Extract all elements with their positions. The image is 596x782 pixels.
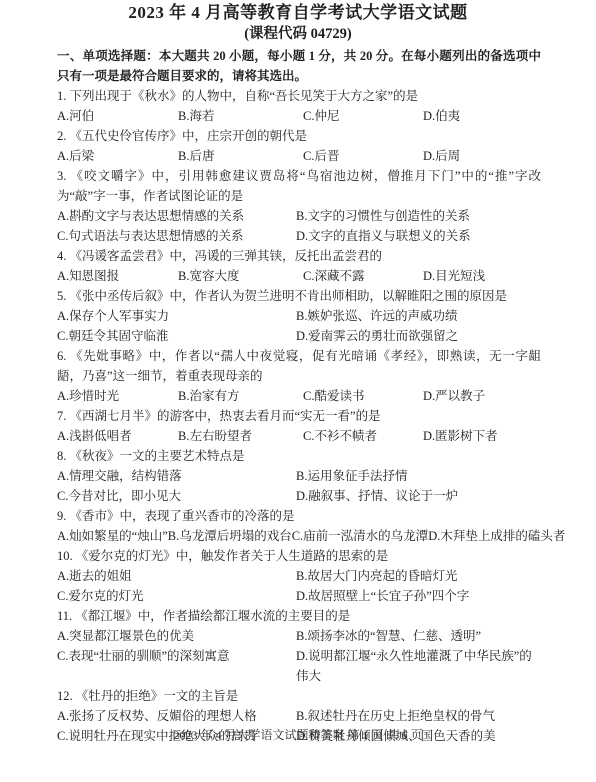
question-9: 9. 《香市》中，表现了重兴香市的冷落的是 A.灿如繁星的“烛山” B.乌龙潭后… (57, 506, 541, 546)
option-c: C.仲尼 (303, 106, 423, 126)
option-c: C.庙前一泓清水的乌龙潭 (292, 526, 428, 546)
option-a: A.后梁 (57, 146, 178, 166)
option-b: B.嫉妒张巡、许远的声威功绩 (296, 306, 541, 326)
option-d: D.木拜垫上成排的磕头者 (428, 526, 565, 546)
option-d: D.目光短浅 (423, 266, 541, 286)
option-c: C.爱尔克的灯光 (57, 586, 296, 606)
question-7: 7. 《西湖七月半》的游客中，热衷去看月而“实无一看”的是 A.浅斟低唱者 B.… (57, 406, 541, 446)
question-4: 4. 《冯谖客孟尝君》中，冯谖的三弹其铗，反托出孟尝君的 A.知恩图报 B.宽容… (57, 246, 541, 286)
option-a: A.灿如繁星的“烛山” (57, 526, 168, 546)
options-grid: A.情理交融，结构错落 B.运用象征手法抒情 C.今昔对比，即小见大 D.融叙事… (57, 466, 541, 506)
options-grid: A.斟酌文字与表达思想情感的关系 B.文字的习惯性与创造性的关系 C.句式语法与… (57, 206, 541, 246)
option-a: A.浅斟低唱者 (57, 426, 178, 446)
question-stem: 11. 《都江堰》中，作者描绘都江堰水流的主要目的是 (57, 606, 541, 626)
course-code-subtitle: (课程代码 04729) (0, 24, 596, 45)
option-b: B.运用象征手法抒情 (296, 466, 541, 486)
option-a: A.逝去的姐姐 (57, 566, 296, 586)
question-8: 8. 《秋夜》一文的主要艺术特点是 A.情理交融，结构错落 B.运用象征手法抒情… (57, 446, 541, 506)
question-stem: 4. 《冯谖客孟尝君》中，冯谖的三弹其铗，反托出孟尝君的 (57, 246, 541, 266)
options-row: A.知恩图报 B.宽容大度 C.深藏不露 D.目光短浅 (57, 266, 541, 286)
option-a: A.保存个人军事实力 (57, 306, 296, 326)
options-row: A.珍惜时光 B.治家有方 C.酷爱读书 D.严以教子 (57, 386, 541, 406)
question-5: 5. 《张中丞传后叙》中，作者认为贺兰进明不肯出师相助，以解睢阳之围的原因是 A… (57, 286, 541, 346)
option-b: B.宽容大度 (178, 266, 303, 286)
option-b: B.乌龙潭后坍塌的戏台 (168, 526, 292, 546)
question-stem: 5. 《张中丞传后叙》中，作者认为贺兰进明不肯出师相助，以解睢阳之围的原因是 (57, 286, 541, 306)
question-10: 10. 《爱尔克的灯光》中，触发作者关于人生道路的思索的是 A.逝去的姐姐 B.… (57, 546, 541, 606)
option-c: C.不衫不帻者 (303, 426, 423, 446)
options-grid: A.突显都江堰景色的优美 B.颂扬李冰的“智慧、仁慈、透明” C.表现“壮丽的驯… (57, 626, 541, 686)
option-b: B.治家有方 (178, 386, 303, 406)
option-b: B.文字的习惯性与创造性的关系 (296, 206, 541, 226)
option-d: D.严以教子 (423, 386, 541, 406)
options-row: A.河伯 B.海若 C.仲尼 D.伯夷 (57, 106, 541, 126)
options-grid: A.保存个人军事实力 B.嫉妒张巡、许远的声威功绩 C.朝廷令其固守临淮 D.爱… (57, 306, 541, 346)
question-stem: 12. 《牡丹的拒绝》一文的主旨是 (57, 686, 541, 706)
option-b: B.颂扬李冰的“智慧、仁慈、透明” (296, 626, 541, 646)
option-c: C.句式语法与表达思想情感的关系 (57, 226, 296, 246)
page-footer: 2023 年 4 月大学语文试题和答案 第 1 页 共 6 页 (0, 725, 596, 745)
question-stem: 8. 《秋夜》一文的主要艺术特点是 (57, 446, 541, 466)
page-title: 2023 年 4 月高等教育自学考试大学语文试题 (0, 0, 596, 24)
question-stem: 2. 《五代史伶官传序》中，庄宗开创的朝代是 (57, 126, 541, 146)
options-grid: A.逝去的姐姐 B.故居大门内亮起的昏暗灯光 C.爱尔克的灯光 D.故居照壁上“… (57, 566, 541, 606)
exam-paper-page: 2023 年 4 月高等教育自学考试大学语文试题 (课程代码 04729) 一、… (0, 0, 596, 782)
option-d: D.融叙事、抒情、议论于一炉 (296, 486, 541, 506)
option-a: A.斟酌文字与表达思想情感的关系 (57, 206, 296, 226)
option-a: A.张扬了反权势、反媚俗的理想人格 (57, 706, 296, 726)
option-d: D.爱南霁云的勇壮而欲强留之 (296, 326, 541, 346)
question-3: 3. 《咬文嚼字》中，引用韩愈建议贾岛将“鸟宿池边树，僧推月下门”中的“推”字改… (57, 166, 541, 246)
option-b: B.叙述牡丹在历史上拒绝皇权的骨气 (296, 706, 541, 726)
option-a: A.突显都江堰景色的优美 (57, 626, 296, 646)
exam-content: 一、单项选择题：本大题共 20 小题，每小题 1 分，共 20 分。在每小题列出… (57, 46, 541, 746)
option-b: B.故居大门内亮起的昏暗灯光 (296, 566, 541, 586)
option-b: B.海若 (178, 106, 303, 126)
option-d: D.说明都江堰“永久性地灌溉了中华民族”的伟大 (296, 646, 541, 686)
question-stem: 10. 《爱尔克的灯光》中，触发作者关于人生道路的思索的是 (57, 546, 541, 566)
option-d: D.匿影树下者 (423, 426, 541, 446)
option-d: D.故居照壁上“长宜子孙”四个字 (296, 586, 541, 606)
options-row: A.后梁 B.后唐 C.后晋 D.后周 (57, 146, 541, 166)
question-stem: 9. 《香市》中，表现了重兴香市的冷落的是 (57, 506, 541, 526)
question-stem: 7. 《西湖七月半》的游客中，热衷去看月而“实无一看”的是 (57, 406, 541, 426)
question-1: 1. 下列出现于《秋水》的人物中，自称“吾长见笑于大方之家”的是 A.河伯 B.… (57, 86, 541, 126)
question-6: 6. 《先妣事略》中，作者以“孺人中夜觉寝，促有光暗诵《孝经》，即熟读，无一字龃… (57, 346, 541, 406)
option-c: C.深藏不露 (303, 266, 423, 286)
option-b: B.左右盼望者 (178, 426, 303, 446)
question-stem: 1. 下列出现于《秋水》的人物中，自称“吾长见笑于大方之家”的是 (57, 86, 541, 106)
option-c: C.今昔对比，即小见大 (57, 486, 296, 506)
question-11: 11. 《都江堰》中，作者描绘都江堰水流的主要目的是 A.突显都江堰景色的优美 … (57, 606, 541, 686)
option-a: A.情理交融，结构错落 (57, 466, 296, 486)
section-instructions: 一、单项选择题：本大题共 20 小题，每小题 1 分，共 20 分。在每小题列出… (57, 46, 541, 86)
option-c: C.后晋 (303, 146, 423, 166)
options-row: A.浅斟低唱者 B.左右盼望者 C.不衫不帻者 D.匿影树下者 (57, 426, 541, 446)
option-d: D.文字的直指义与联想义的关系 (296, 226, 541, 246)
option-a: A.珍惜时光 (57, 386, 178, 406)
option-d: D.伯夷 (423, 106, 541, 126)
options-row: A.灿如繁星的“烛山” B.乌龙潭后坍塌的戏台 C.庙前一泓清水的乌龙潭 D.木… (57, 526, 541, 546)
option-a: A.知恩图报 (57, 266, 178, 286)
question-stem: 3. 《咬文嚼字》中，引用韩愈建议贾岛将“鸟宿池边树，僧推月下门”中的“推”字改… (57, 166, 541, 206)
option-b: B.后唐 (178, 146, 303, 166)
option-a: A.河伯 (57, 106, 178, 126)
option-d: D.后周 (423, 146, 541, 166)
option-c: C.酷爱读书 (303, 386, 423, 406)
option-c: C.朝廷令其固守临淮 (57, 326, 296, 346)
question-2: 2. 《五代史伶官传序》中，庄宗开创的朝代是 A.后梁 B.后唐 C.后晋 D.… (57, 126, 541, 166)
question-stem: 6. 《先妣事略》中，作者以“孺人中夜觉寝，促有光暗诵《孝经》，即熟读，无一字龃… (57, 346, 541, 386)
option-c: C.表现“壮丽的驯顺”的深刻寓意 (57, 646, 296, 686)
